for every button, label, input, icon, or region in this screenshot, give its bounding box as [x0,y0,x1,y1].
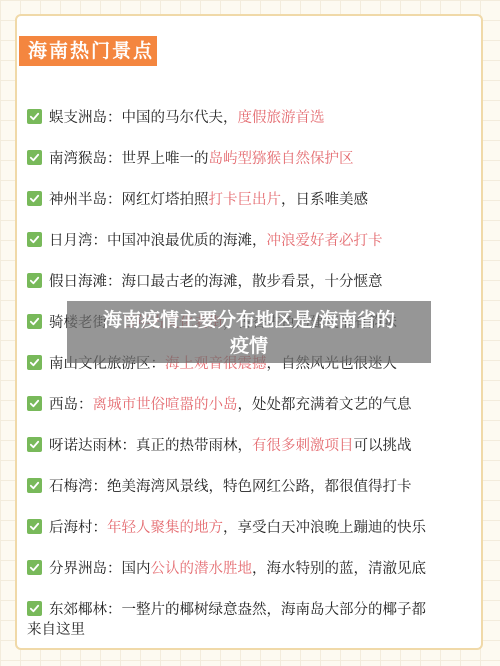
item-desc: 中国的马尔代夫， [122,106,238,127]
item-separator: ： [107,270,122,291]
headline-line-1: 海南疫情主要分布地区是/海南省的 [67,307,431,333]
item-desc: 一整片的椰树绿意盎然，海南岛大部分的椰子都 [122,598,427,619]
check-mark-icon [27,437,42,452]
item-separator: ： [107,106,122,127]
check-mark-icon [27,314,42,329]
item-separator: ： [122,434,137,455]
item-desc: 真正的热带雨林， [136,434,252,455]
check-mark-icon [27,273,42,288]
check-mark-icon [27,232,42,247]
list-item: 石梅湾：绝美海湾风景线，特色网红公路，都很值得打卡 [27,465,473,506]
item-highlight: 离城市世俗喧嚣的小岛 [93,393,238,414]
item-separator: ： [93,516,108,537]
item-desc-tail: 可以挑战 [354,434,412,455]
list-item: 分界洲岛：国内公认的潜水胜地，海水特别的蓝，清澈见底 [27,547,473,588]
item-name: 呀诺达雨林 [49,434,122,455]
item-separator: ： [78,393,93,414]
item-name: 南湾猴岛 [49,147,107,168]
item-name: 分界洲岛 [49,557,107,578]
list-item: 后海村：年轻人聚集的地方，享受白天冲浪晚上蹦迪的快乐 [27,506,473,547]
item-desc-tail: ，享受白天冲浪晚上蹦迪的快乐 [223,516,426,537]
list-item: 南湾猴岛：世界上唯一的岛屿型猕猴自然保护区 [27,137,473,178]
item-desc: 海口最古老的海滩，散步看景，十分惬意 [122,270,383,291]
list-item: 蜈支洲岛：中国的马尔代夫，度假旅游首选 [27,96,473,137]
headline-overlay: 海南疫情主要分布地区是/海南省的 疫情 [67,301,431,363]
card-title: 海南热门景点 [19,36,157,66]
headline-line-2: 疫情 [67,333,431,359]
check-mark-icon [27,601,42,616]
item-desc: 世界上唯一的 [122,147,209,168]
item-desc-tail: ，处处都充满着文艺的气息 [238,393,412,414]
item-name: 假日海滩 [49,270,107,291]
item-name: 蜈支洲岛 [49,106,107,127]
item-highlight: 公认的潜水胜地 [151,557,253,578]
check-mark-icon [27,560,42,575]
item-desc: 中国冲浪最优质的海滩， [107,229,267,250]
item-highlight: 岛屿型猕猴自然保护区 [209,147,354,168]
list-continuation: 来自这里 [27,618,85,639]
list-item: 日月湾：中国冲浪最优质的海滩，冲浪爱好者必打卡 [27,219,473,260]
item-highlight: 冲浪爱好者必打卡 [267,229,383,250]
item-separator: ： [107,147,122,168]
check-mark-icon [27,150,42,165]
item-separator: ： [107,188,122,209]
item-name: 日月湾 [49,229,93,250]
item-name: 后海村 [49,516,93,537]
item-name: 东郊椰林 [49,598,107,619]
check-mark-icon [27,478,42,493]
item-name: 神州半岛 [49,188,107,209]
item-desc: 网红灯塔拍照 [122,188,209,209]
item-separator: ： [93,229,108,250]
item-highlight: 有很多刺激项目 [252,434,354,455]
check-mark-icon [27,396,42,411]
item-desc: 国内 [122,557,151,578]
list-item: 神州半岛：网红灯塔拍照打卡巨出片，日系唯美感 [27,178,473,219]
check-mark-icon [27,355,42,370]
item-separator: ： [93,475,108,496]
item-highlight: 打卡巨出片 [209,188,282,209]
item-name: 石梅湾 [49,475,93,496]
list-item: 西岛：离城市世俗喧嚣的小岛，处处都充满着文艺的气息 [27,383,473,424]
item-desc: 绝美海湾风景线，特色网红公路，都很值得打卡 [107,475,412,496]
item-desc-tail: ，海水特别的蓝，清澈见底 [252,557,426,578]
check-mark-icon [27,191,42,206]
item-separator: ： [107,598,122,619]
list-item: 东郊椰林：一整片的椰树绿意盎然，海南岛大部分的椰子都 [27,588,473,629]
check-mark-icon [27,109,42,124]
item-highlight: 年轻人聚集的地方 [107,516,223,537]
item-separator: ： [107,557,122,578]
item-desc-tail: ，日系唯美感 [281,188,368,209]
item-name: 西岛 [49,393,78,414]
list-item: 呀诺达雨林：真正的热带雨林，有很多刺激项目可以挑战 [27,424,473,465]
item-highlight: 度假旅游首选 [238,106,325,127]
list-item: 假日海滩：海口最古老的海滩，散步看景，十分惬意 [27,260,473,301]
check-mark-icon [27,519,42,534]
